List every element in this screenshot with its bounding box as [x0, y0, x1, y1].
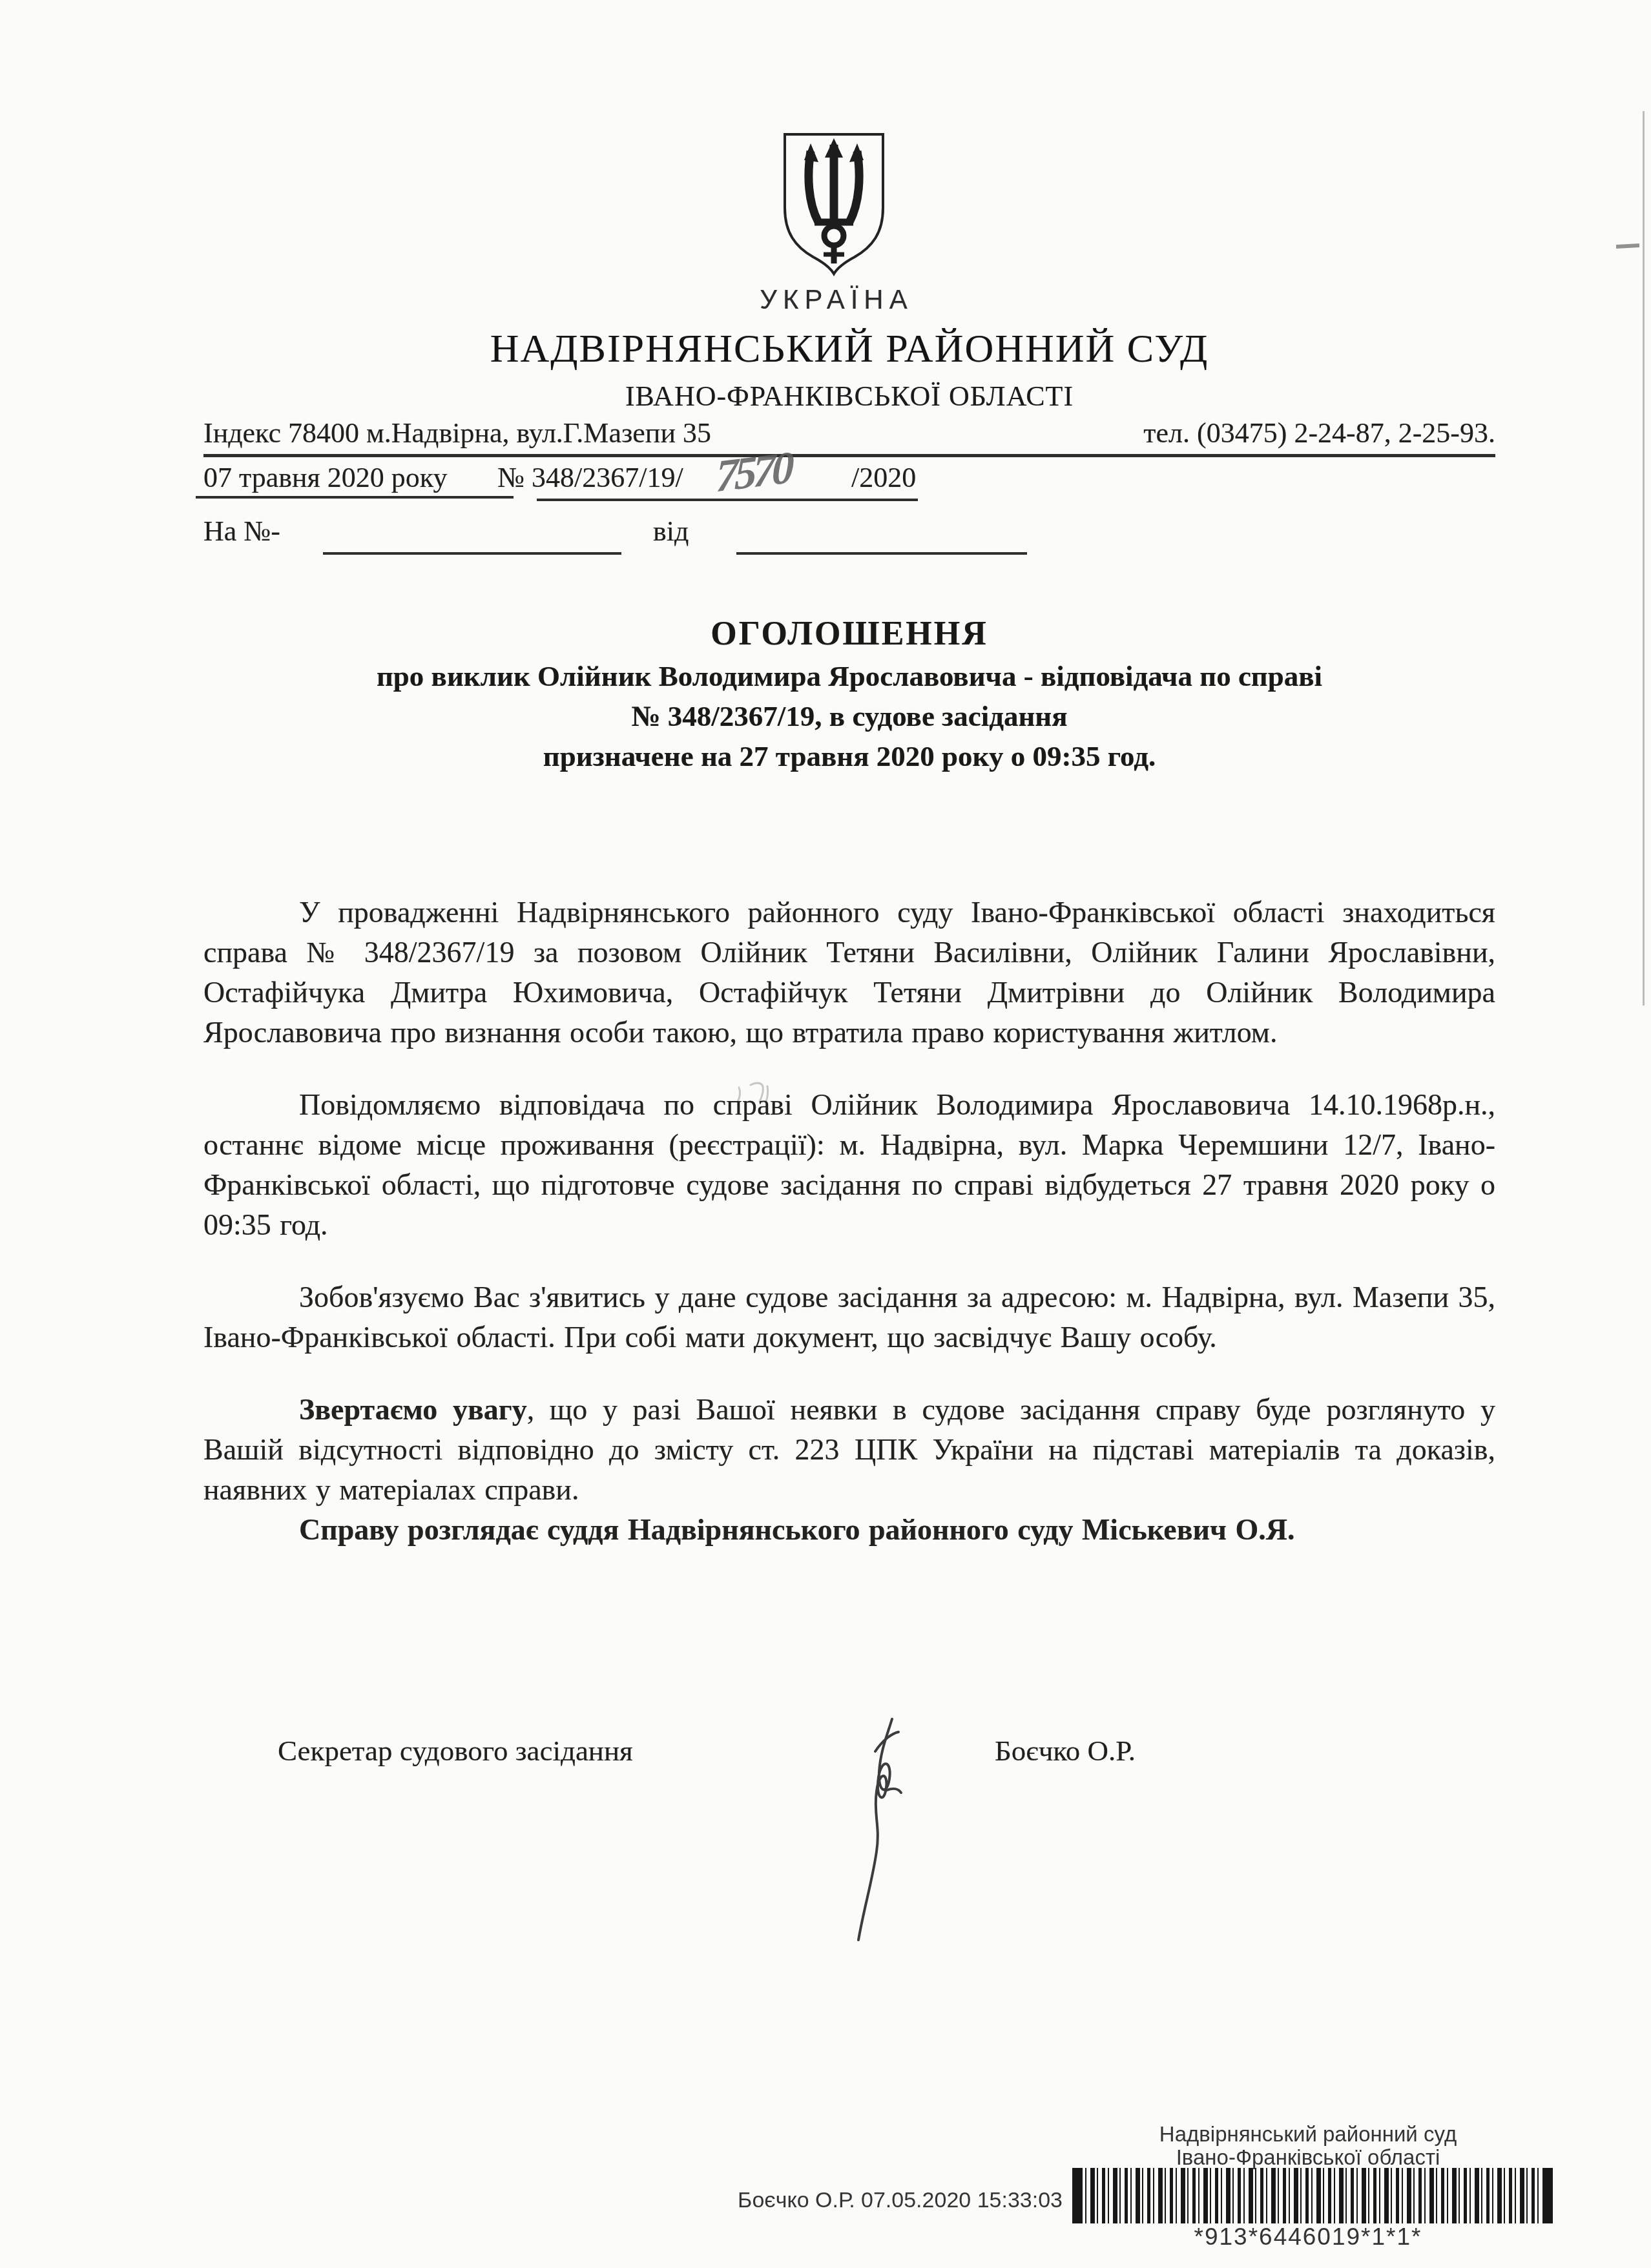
paragraph-case-overview: У провадженні Надвірнянського районного …: [203, 892, 1495, 1053]
coat-of-arms-icon: [778, 130, 889, 279]
court-address: Індекс 78400 м.Надвірна, вул.Г.Мазепи 35: [203, 417, 711, 449]
case-number-prefix: № 348/2367/19/: [497, 461, 683, 494]
case-number-suffix: /2020: [851, 461, 916, 494]
outgoing-number-line: 07 травня 2020 року № 348/2367/19/ 7570 …: [203, 461, 1495, 502]
scanned-court-document: УКРАЇНА НАДВІРНЯНСЬКИЙ РАЙОННИЙ СУД ІВАН…: [0, 0, 1651, 2268]
announcement-title-block: ОГОЛОШЕННЯ про виклик Олійник Володимира…: [203, 612, 1495, 776]
address-phone-line: Індекс 78400 м.Надвірна, вул.Г.Мазепи 35…: [203, 417, 1495, 457]
date-underline: [196, 496, 514, 499]
paragraph-appearance-obligation: Зобов'язуємо Вас з'явитись у дане судове…: [203, 1277, 1495, 1357]
barcode-number: *913*6446019*1*1*: [985, 2223, 1631, 2251]
reply-number-blank: [323, 552, 621, 555]
outgoing-date: 07 травня 2020 року: [203, 461, 448, 494]
signature-name: Боєчко О.Р.: [995, 1734, 1136, 1768]
signature-scribble: [830, 1713, 920, 1952]
scan-edge-line-artifact: [1643, 111, 1645, 1005]
footer-signed-by: Боєчко О.Р. 07.05.2020 15:33:03: [736, 2188, 1063, 2213]
warning-lead: Звертаємо увагу: [299, 1393, 527, 1426]
footer-court-name: Надвірнянський районний суд: [985, 2122, 1631, 2147]
reply-from-label: від: [653, 515, 689, 548]
announcement-heading: ОГОЛОШЕННЯ: [203, 612, 1495, 656]
document-barcode: [1072, 2168, 1553, 2223]
paragraph-warning: Звертаємо увагу, що у разі Вашої неявки …: [203, 1390, 1495, 1510]
country-name: УКРАЇНА: [652, 284, 1021, 315]
paragraph-judge: Справу розглядає суддя Надвірнянського р…: [203, 1510, 1495, 1550]
court-phone: тел. (03475) 2-24-87, 2-25-93.: [1143, 417, 1495, 449]
title-line-2: № 348/2367/19, в судове засідання: [203, 696, 1495, 736]
document-body: У провадженні Надвірнянського районного …: [203, 892, 1495, 1550]
signature-role-label: Секретар судового засідання: [278, 1734, 633, 1768]
footer-court-region: Івано-Франківської області: [985, 2145, 1631, 2170]
court-region: ІВАНО-ФРАНКІВСЬКОЇ ОБЛАСТІ: [203, 380, 1495, 413]
reply-reference-line: На №- від: [203, 515, 1495, 557]
number-underline: [537, 499, 918, 501]
paragraph-defendant-notice: Повідомляємо відповідача по справі Олійн…: [203, 1085, 1495, 1245]
reply-prefix: На №-: [203, 515, 280, 548]
title-line-1: про виклик Олійник Володимира Ярославови…: [203, 656, 1495, 696]
court-name: НАДВІРНЯНСЬКИЙ РАЙОННИЙ СУД: [203, 326, 1495, 372]
reply-date-blank: [736, 552, 1027, 555]
scan-edge-dash-artifact: [1616, 243, 1639, 249]
title-line-3: призначене на 27 травня 2020 року о 09:3…: [203, 736, 1495, 776]
handwritten-registry-number: 7570: [716, 442, 791, 504]
